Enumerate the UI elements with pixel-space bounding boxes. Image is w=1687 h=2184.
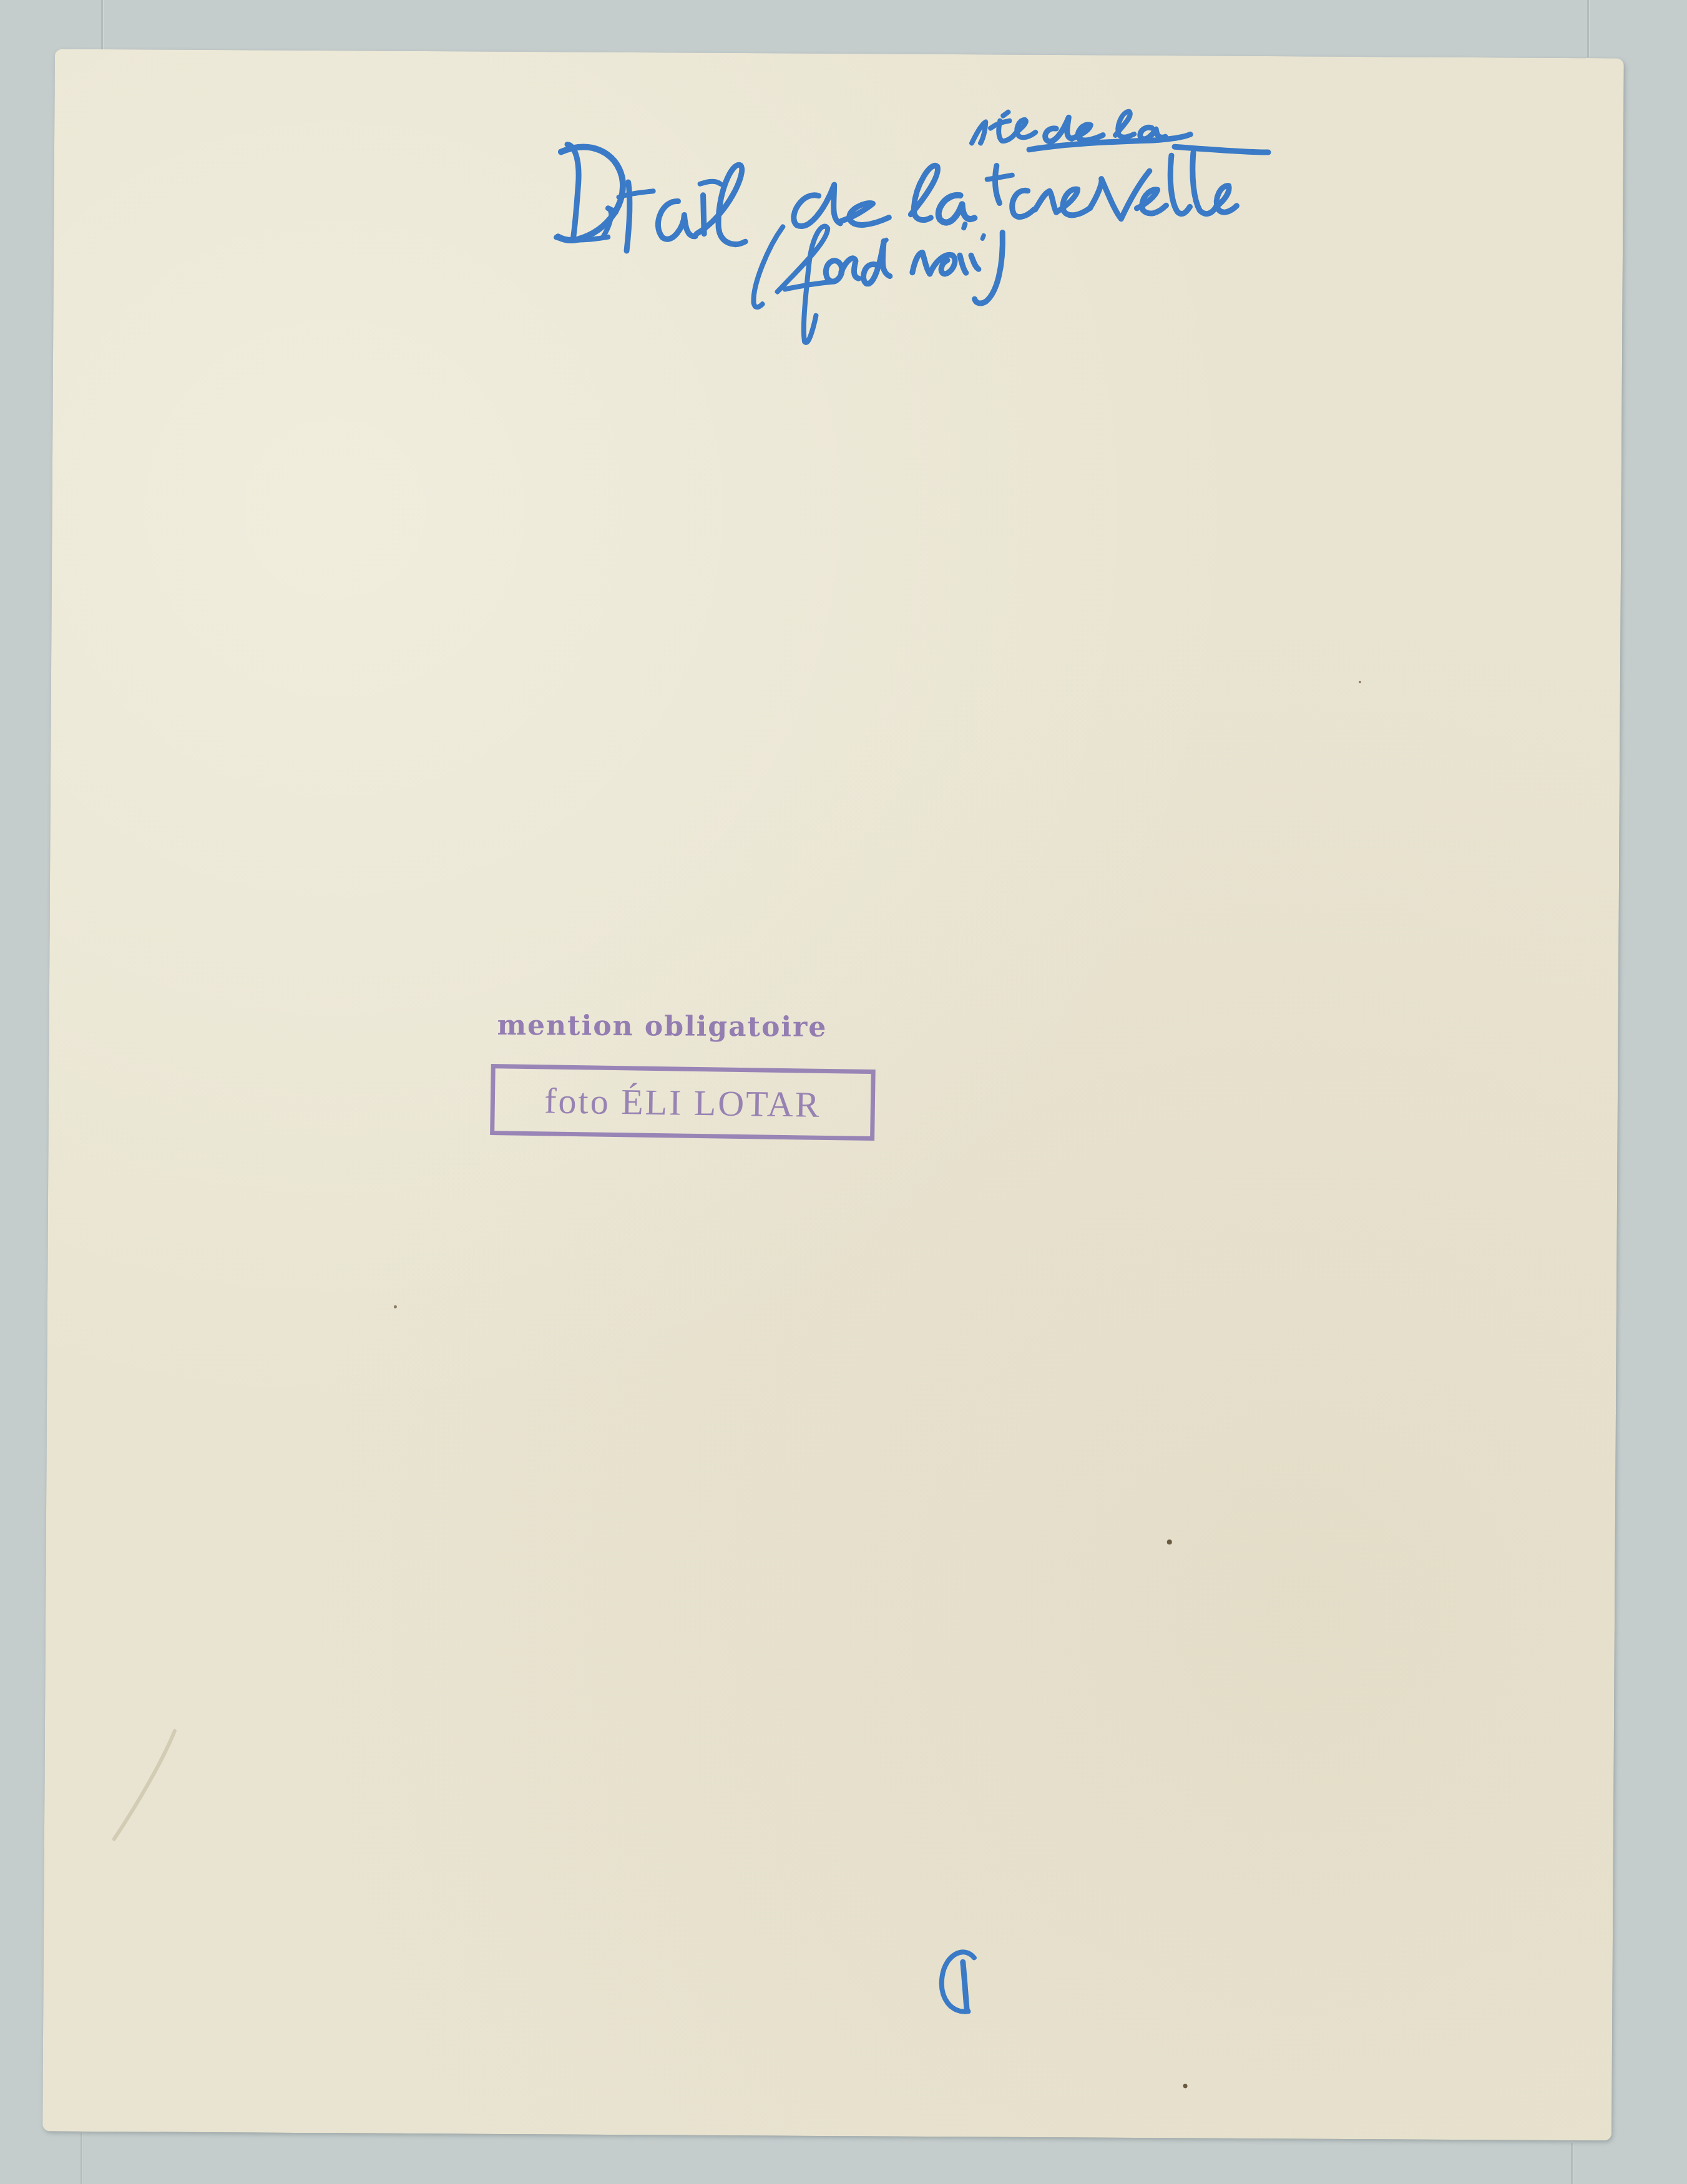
background-seam-bottom-right: [1571, 2143, 1573, 2184]
handwriting-fond-noir: [753, 223, 1002, 344]
background-seam-top-left: [101, 0, 103, 56]
handwriting-word-detail: [556, 144, 746, 251]
background-seam-bottom-left: [81, 2133, 82, 2184]
stamp-credit-text: foto ÉLI LOTAR: [544, 1080, 821, 1125]
background-seam-top-right: [1587, 0, 1589, 57]
photographer-credit-stamp: foto ÉLI LOTAR: [490, 1064, 876, 1141]
handwriting-insertion-tete-de-la: [972, 110, 1268, 152]
paper-speck: [1167, 1539, 1172, 1544]
photo-verso-paper: Détail de la crevette tête de la (fond n…: [42, 49, 1624, 2141]
handwriting-mark-d: [942, 1952, 974, 2012]
handwriting-word-de: [794, 185, 889, 227]
insertion-caret: [995, 166, 999, 203]
stamp-mention-obligatoire: mention obligatoire: [497, 1010, 827, 1043]
handwriting-word-la: [911, 165, 975, 223]
paper-speck: [1359, 681, 1361, 683]
handwriting-word-crevette: [1012, 152, 1237, 220]
paper-speck: [394, 1305, 397, 1309]
paper-speck: [1183, 2084, 1188, 2088]
